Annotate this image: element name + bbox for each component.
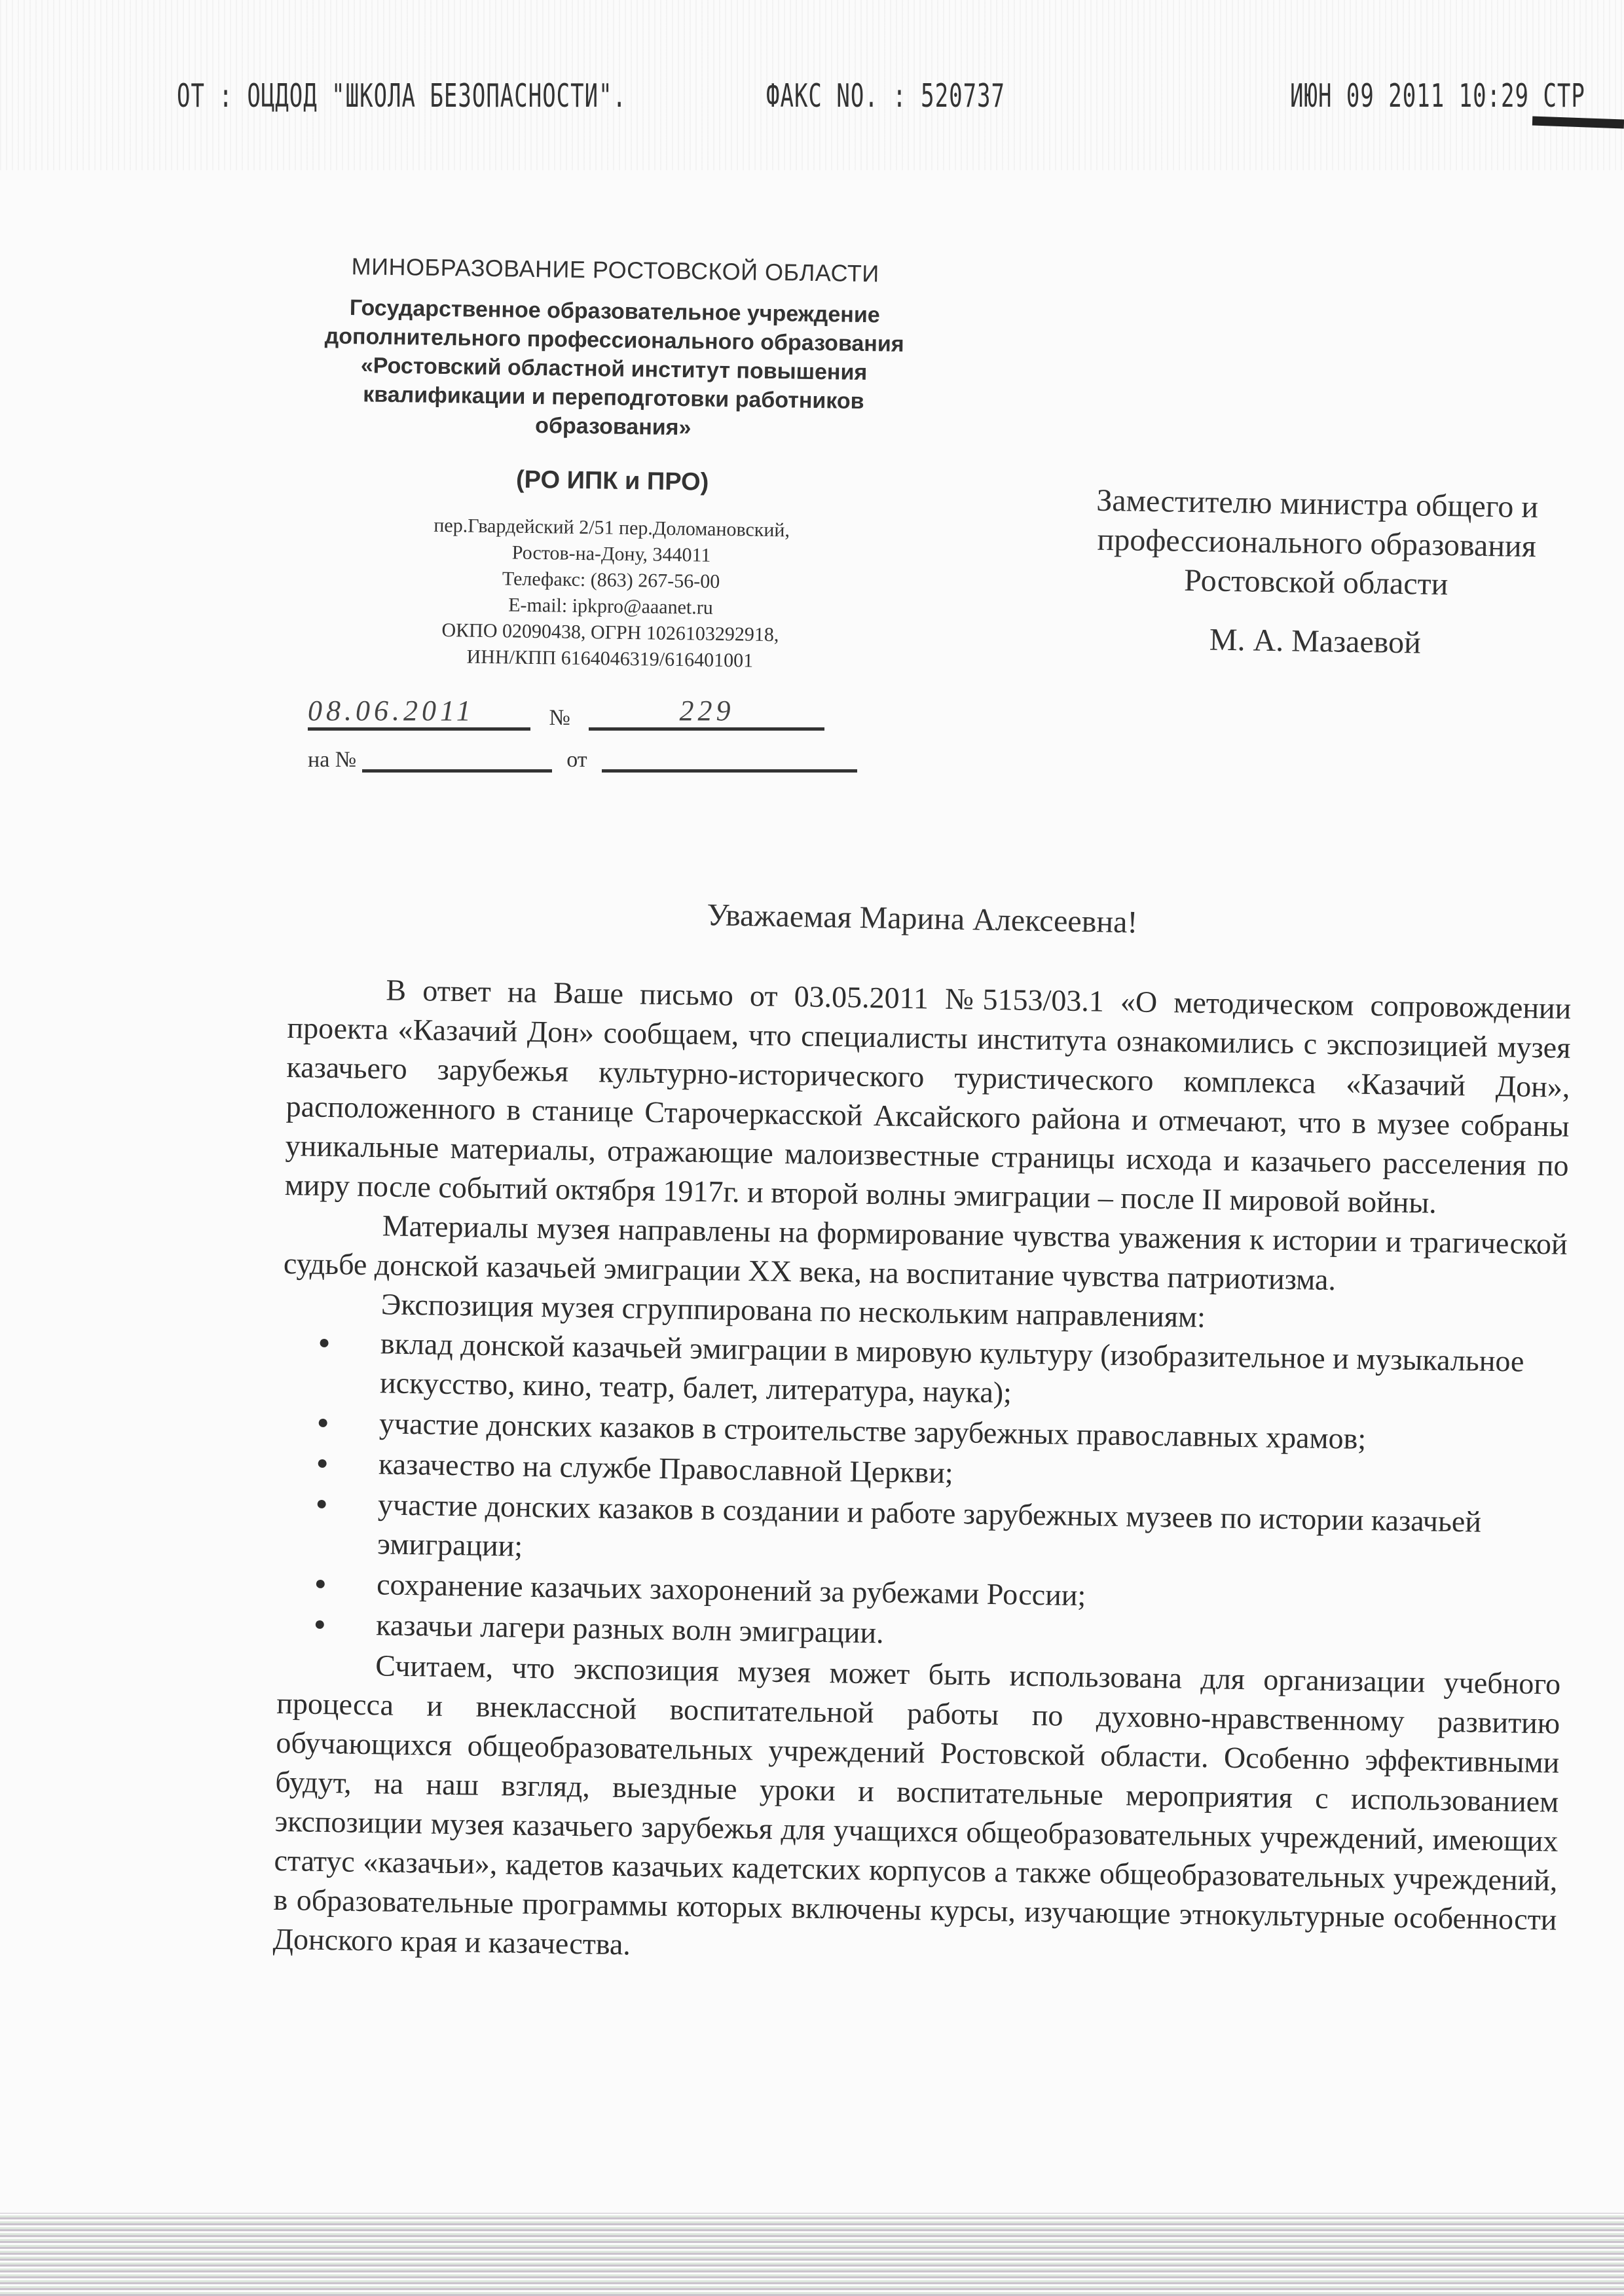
paragraph-reply: В ответ на Ваше письмо от 03.05.2011 №51…	[284, 969, 1571, 1225]
organization-contacts: пер.Гвардейский 2/51 пер.Доломановский, …	[295, 511, 926, 676]
fax-datetime: ИЮН 09 2011 10:29 СТР	[1290, 77, 1585, 115]
reference-line: на № от	[308, 737, 857, 773]
exposition-directions-list: вклад донской казачьей эмиграции в миров…	[278, 1322, 1566, 1664]
ref-number-label: на №	[308, 748, 356, 772]
recipient-block: Заместителю министра общего и профессион…	[1046, 481, 1586, 666]
fax-transmission-header: ОТ : ОЦДОД "ШКОЛА БЕЗОПАСНОСТИ". ФАКС NO…	[177, 77, 1624, 134]
reg-date-field: 08.06.2011	[308, 694, 530, 731]
ref-date-field	[602, 737, 857, 773]
reg-number: 229	[679, 695, 734, 727]
ref-number-field	[362, 746, 552, 773]
fax-scan-noise-bottom	[0, 2213, 1624, 2296]
reg-date: 08.06.2011	[308, 695, 475, 727]
paragraph-conclusion: Считаем, что экспозиция музея может быть…	[272, 1645, 1560, 1979]
salutation: Уважаемая Марина Алексеевна!	[707, 897, 1138, 940]
registration-line: 08.06.2011 № 229	[308, 694, 824, 731]
organization-abbreviation: (РО ИПК и ПРО)	[298, 463, 927, 500]
ref-from-label: от	[566, 748, 587, 772]
fax-number: ФАКС NO. : 520737	[766, 77, 1005, 115]
recipient-title-line: профессионального образования	[1048, 520, 1585, 568]
ministry-name: МИНОБРАЗОВАНИЕ РОСТОВСКОЙ ОБЛАСТИ	[301, 252, 929, 288]
letter-body: В ответ на Ваше письмо от 03.05.2011 №51…	[272, 969, 1572, 1979]
recipient-name: М. А. Мазаевой	[1046, 618, 1584, 666]
reg-number-field: 229	[589, 694, 824, 731]
letterhead: МИНОБРАЗОВАНИЕ РОСТОВСКОЙ ОБЛАСТИ Госуда…	[295, 252, 930, 676]
organization-name: Государственное образовательное учрежден…	[299, 293, 929, 445]
reg-number-label: №	[549, 706, 570, 730]
fax-sender: ОТ : ОЦДОД "ШКОЛА БЕЗОПАСНОСТИ".	[177, 77, 627, 115]
